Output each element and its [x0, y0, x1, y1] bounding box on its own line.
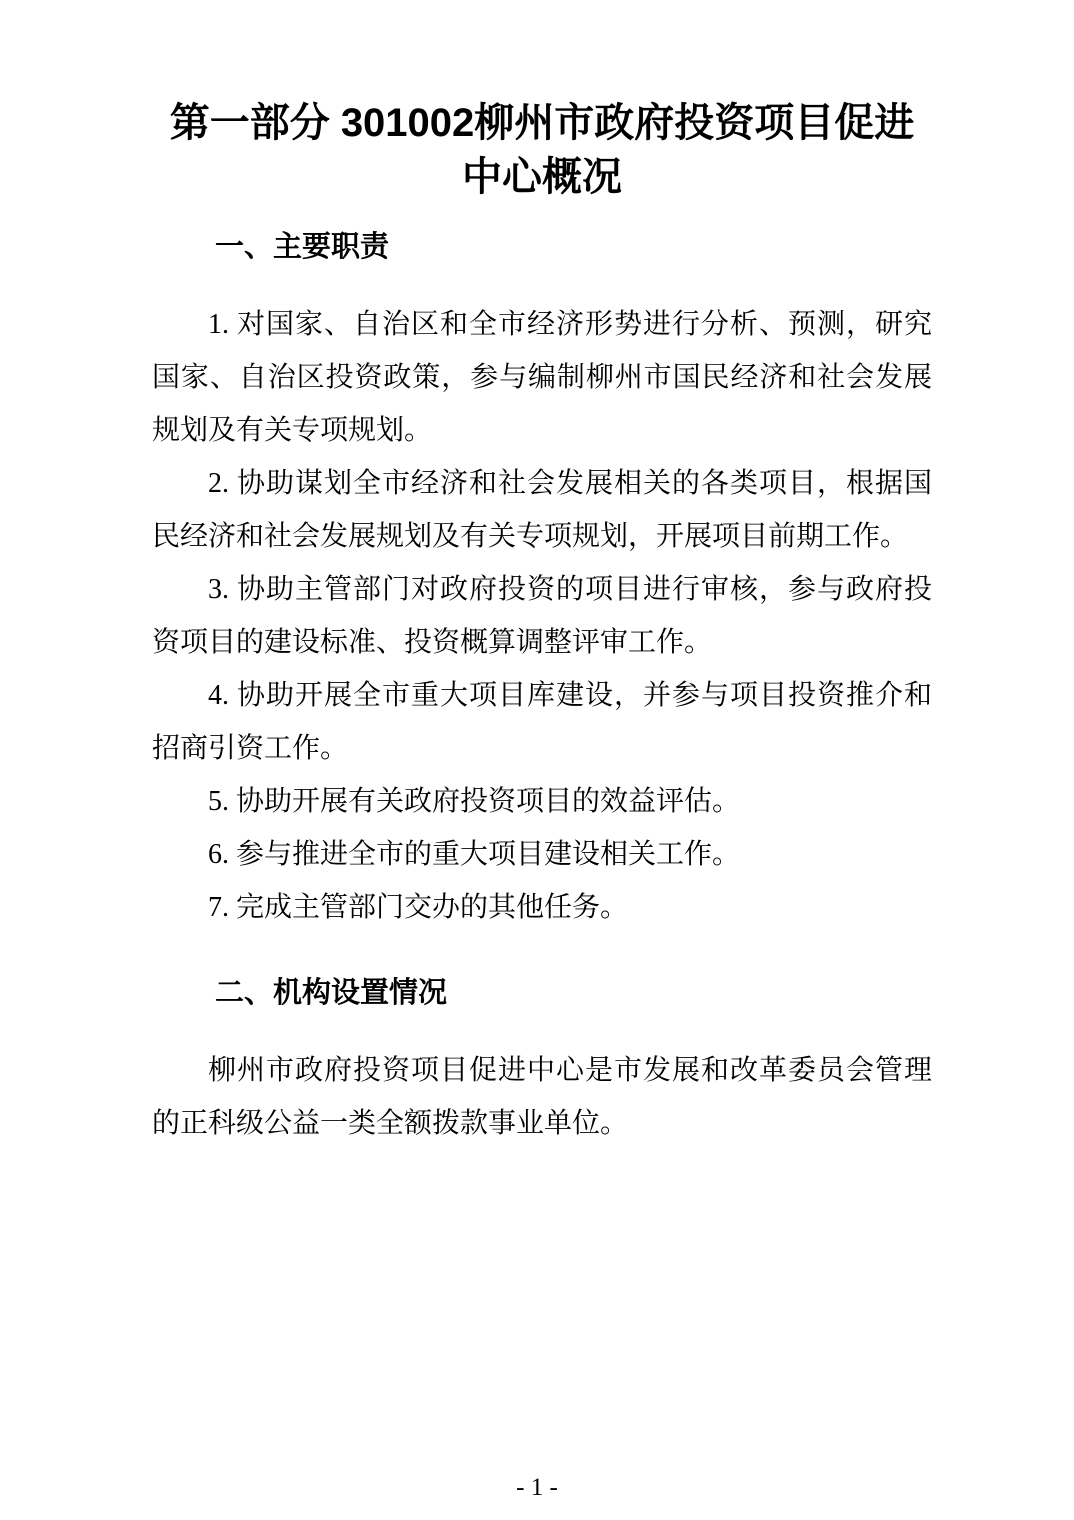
section-body-main-duties: 1. 对国家、自治区和全市经济形势进行分析、预测，研究国家、自治区投资政策，参与…: [152, 298, 932, 934]
duty-item-6: 6. 参与推进全市的重大项目建设相关工作。: [152, 828, 932, 881]
duty-item-2: 2. 协助谋划全市经济和社会发展相关的各类项目，根据国民经济和社会发展规划及有关…: [152, 457, 932, 563]
duty-item-7: 7. 完成主管部门交办的其他任务。: [152, 881, 932, 934]
duty-item-5: 5. 协助开展有关政府投资项目的效益评估。: [152, 775, 932, 828]
section-body-organization: 柳州市政府投资项目促进中心是市发展和改革委员会管理的正科级公益一类全额拨款事业单…: [152, 1044, 932, 1150]
page-title-line-2: 中心概况: [462, 155, 622, 199]
section-heading-organization: 二、机构设置情况: [152, 976, 932, 1010]
duty-item-4: 4. 协助开展全市重大项目库建设，并参与项目投资推介和招商引资工作。: [152, 669, 932, 775]
document-page: 第一部分 301002柳州市政府投资项目促进 中心概况 一、主要职责 1. 对国…: [0, 0, 1074, 1520]
organization-paragraph: 柳州市政府投资项目促进中心是市发展和改革委员会管理的正科级公益一类全额拨款事业单…: [152, 1044, 932, 1150]
page-title: 第一部分 301002柳州市政府投资项目促进 中心概况: [152, 96, 932, 204]
duty-item-1: 1. 对国家、自治区和全市经济形势进行分析、预测，研究国家、自治区投资政策，参与…: [152, 298, 932, 457]
duty-item-3: 3. 协助主管部门对政府投资的项目进行审核，参与政府投资项目的建设标准、投资概算…: [152, 563, 932, 669]
page-title-line-1: 第一部分 301002柳州市政府投资项目促进: [170, 101, 915, 145]
section-heading-main-duties: 一、主要职责: [152, 230, 932, 264]
page-number: - 1 -: [0, 1474, 1074, 1502]
